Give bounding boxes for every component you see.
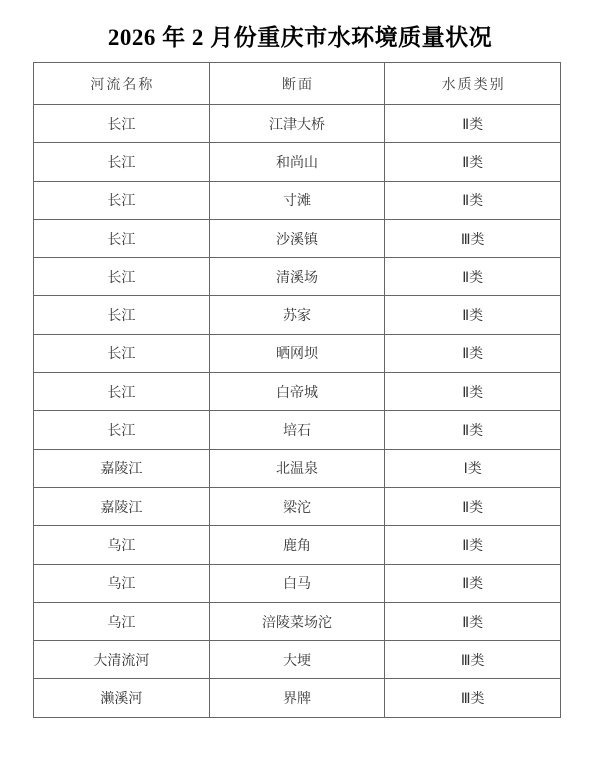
table-cell: 长江 — [34, 296, 210, 334]
column-header-river-name: 河流名称 — [34, 63, 210, 105]
table-cell: 长江 — [34, 411, 210, 449]
table-cell: 乌江 — [34, 602, 210, 640]
table-cell: 和尚山 — [209, 143, 385, 181]
column-header-water-class: 水质类别 — [385, 63, 561, 105]
table-cell: 长江 — [34, 181, 210, 219]
column-header-section: 断面 — [209, 63, 385, 105]
table-row: 长江培石Ⅱ类 — [34, 411, 561, 449]
table-cell: 乌江 — [34, 526, 210, 564]
table-row: 大清流河大埂Ⅲ类 — [34, 641, 561, 679]
table-cell: 苏家 — [209, 296, 385, 334]
water-quality-table: 河流名称 断面 水质类别 长江江津大桥Ⅱ类长江和尚山Ⅱ类长江寸滩Ⅱ类长江沙溪镇Ⅲ… — [33, 62, 561, 718]
table-row: 乌江白马Ⅱ类 — [34, 564, 561, 602]
table-header: 河流名称 断面 水质类别 — [34, 63, 561, 105]
table-cell: 嘉陵江 — [34, 449, 210, 487]
table-cell: 长江 — [34, 219, 210, 257]
table-cell: Ⅱ类 — [385, 258, 561, 296]
table-cell: 白帝城 — [209, 373, 385, 411]
table-row: 长江清溪场Ⅱ类 — [34, 258, 561, 296]
table-cell: Ⅱ类 — [385, 602, 561, 640]
table-cell: 长江 — [34, 334, 210, 372]
table-cell: 梁沱 — [209, 487, 385, 525]
table-cell: 嘉陵江 — [34, 487, 210, 525]
table-cell: 清溪场 — [209, 258, 385, 296]
table-row: 长江晒网坝Ⅱ类 — [34, 334, 561, 372]
table-cell: Ⅲ类 — [385, 641, 561, 679]
table-cell: Ⅲ类 — [385, 679, 561, 717]
table-cell: 长江 — [34, 373, 210, 411]
table-cell: 鹿角 — [209, 526, 385, 564]
table-cell: Ⅰ类 — [385, 449, 561, 487]
table-row: 长江寸滩Ⅱ类 — [34, 181, 561, 219]
document-page: 2026 年 2 月份重庆市水环境质量状况 河流名称 断面 水质类别 长江江津大… — [0, 0, 600, 757]
table-cell: 培石 — [209, 411, 385, 449]
table-cell: Ⅱ类 — [385, 411, 561, 449]
table-cell: Ⅱ类 — [385, 526, 561, 564]
table-cell: 晒网坝 — [209, 334, 385, 372]
table-cell: Ⅱ类 — [385, 373, 561, 411]
table-header-row: 河流名称 断面 水质类别 — [34, 63, 561, 105]
table-row: 嘉陵江北温泉Ⅰ类 — [34, 449, 561, 487]
table-cell: 北温泉 — [209, 449, 385, 487]
table-row: 长江苏家Ⅱ类 — [34, 296, 561, 334]
page-title: 2026 年 2 月份重庆市水环境质量状况 — [0, 24, 600, 52]
table-cell: 涪陵菜场沱 — [209, 602, 385, 640]
table-cell: 白马 — [209, 564, 385, 602]
table-cell: Ⅱ类 — [385, 334, 561, 372]
table-row: 长江沙溪镇Ⅲ类 — [34, 219, 561, 257]
table-row: 长江和尚山Ⅱ类 — [34, 143, 561, 181]
table-cell: 沙溪镇 — [209, 219, 385, 257]
table-cell: Ⅱ类 — [385, 181, 561, 219]
table-row: 长江白帝城Ⅱ类 — [34, 373, 561, 411]
table-row: 濑溪河界牌Ⅲ类 — [34, 679, 561, 717]
table-cell: 乌江 — [34, 564, 210, 602]
table-cell: 濑溪河 — [34, 679, 210, 717]
table-cell: Ⅱ类 — [385, 105, 561, 143]
table-cell: Ⅱ类 — [385, 487, 561, 525]
table-body: 长江江津大桥Ⅱ类长江和尚山Ⅱ类长江寸滩Ⅱ类长江沙溪镇Ⅲ类长江清溪场Ⅱ类长江苏家Ⅱ… — [34, 105, 561, 718]
table-row: 长江江津大桥Ⅱ类 — [34, 105, 561, 143]
table-cell: Ⅱ类 — [385, 143, 561, 181]
table-cell: 寸滩 — [209, 181, 385, 219]
table-cell: Ⅱ类 — [385, 564, 561, 602]
table-cell: Ⅲ类 — [385, 219, 561, 257]
table-cell: 界牌 — [209, 679, 385, 717]
table-cell: 江津大桥 — [209, 105, 385, 143]
table-cell: 长江 — [34, 105, 210, 143]
table-cell: Ⅱ类 — [385, 296, 561, 334]
table-cell: 大埂 — [209, 641, 385, 679]
table-cell: 大清流河 — [34, 641, 210, 679]
table-row: 乌江涪陵菜场沱Ⅱ类 — [34, 602, 561, 640]
table-cell: 长江 — [34, 143, 210, 181]
table-row: 乌江鹿角Ⅱ类 — [34, 526, 561, 564]
table-row: 嘉陵江梁沱Ⅱ类 — [34, 487, 561, 525]
table-cell: 长江 — [34, 258, 210, 296]
